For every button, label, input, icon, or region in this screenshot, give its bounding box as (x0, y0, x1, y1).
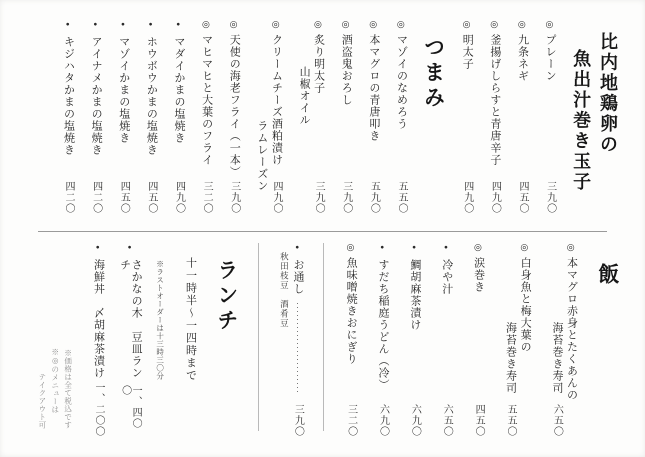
item-name-continued: ラムレーズン (255, 120, 267, 192)
menu-item: ● キジハタかまの塩焼き 四二〇 (62, 20, 74, 214)
egg-title-line2: 魚出汁巻き玉子 (571, 49, 590, 214)
item-column: ◎ 天使の海老フライ（一本） 三九〇 (228, 20, 240, 214)
bullet-marker: ● (380, 245, 384, 252)
vertical-divider-line (258, 243, 259, 431)
menu-item: ◎ 白身魚と梅大葉の 海苔巻き寿司 五五〇 (504, 243, 530, 437)
takeout-marker: ◎ (520, 243, 528, 252)
item-price: 六五〇 (551, 404, 562, 437)
item-price: 三二〇 (345, 404, 356, 437)
item-name: アイナメかまの塩焼き (90, 36, 102, 156)
top-section: 比内地鶏卵の 魚出汁巻き玉子 ◎ プレーン 三九〇 ◎ 九条ネギ 四五〇 ◎ 釜… (62, 20, 617, 214)
takeout-marker: ◎ (518, 20, 526, 29)
item-name: クリームチーズ酒粕漬け (270, 34, 282, 166)
takeout-marker: ◎ (346, 243, 354, 252)
takeout-marker: ◎ (202, 20, 210, 29)
item-column: ● キジハタかまの塩焼き 四二〇 (62, 20, 74, 214)
item-column: 山椒オイル (298, 20, 310, 260)
item-column: ◎ マゾイのなめろう 五五〇 (395, 20, 407, 214)
menu-item: ● 冷や汁 六五〇 (440, 243, 452, 437)
item-column: ● お通し 三九〇 (291, 243, 303, 437)
item-price: 四九〇 (489, 181, 500, 214)
menu-item: ● さかなの木 豆皿ランチ 一、四〇〇 (124, 243, 136, 437)
item-column: ● アイナメかまの塩焼き 四二〇 (90, 20, 102, 214)
takeout-marker: ◎ (272, 20, 280, 29)
takeout-marker: ◎ (567, 243, 575, 252)
menu-item: ◎ 魚味噌焼きおにぎり 三二〇 (345, 243, 357, 437)
item-name: 冷や汁 (440, 259, 452, 295)
takeout-marker: ◎ (369, 20, 377, 29)
menu-item: ● 海鮮丼 〆胡麻茶漬け 一、二〇〇 (92, 243, 104, 437)
item-column: ● マゾイかまの塩焼き 四五〇 (117, 20, 129, 214)
takeout-marker: ◎ (342, 20, 350, 29)
item-name: 酒盗鬼おろし (340, 34, 352, 106)
item-price: 五五〇 (395, 181, 406, 214)
menu-item: ◎ 炙り明太子 三九〇 山椒オイル (298, 20, 324, 214)
bullet-marker: ● (444, 245, 448, 252)
item-name: さかなの木 豆皿ランチ (118, 259, 141, 385)
item-price: 四九〇 (270, 181, 281, 214)
item-price: 三二〇 (201, 181, 212, 214)
item-name-continued: 海苔巻き寿司 (504, 322, 516, 394)
item-name: キジハタかまの塩焼き (62, 36, 74, 156)
item-price: 四二〇 (63, 181, 74, 214)
menu-item: ◎ 釜揚げしらすと青唐辛子 四九〇 (488, 20, 500, 214)
takeout-marker: ◎ (230, 20, 238, 29)
item-column: 海苔巻き寿司 六五〇 (550, 243, 562, 437)
item-price: 五五〇 (505, 404, 516, 437)
item-name: 天使の海老フライ（一本） (228, 34, 240, 178)
item-name: 釜揚げしらすと青唐辛子 (488, 34, 500, 166)
item-name-continued: 海苔巻き寿司 (550, 322, 562, 394)
tsumami-heading: つまみ (423, 36, 445, 214)
item-price: 三九〇 (340, 181, 351, 214)
menu-item: ◎ プレーン 三九〇 (544, 20, 556, 214)
item-column: ◎ 白身魚と梅大葉の (519, 243, 531, 437)
item-price: 四五〇 (473, 404, 484, 437)
item-name: マダイかまの塩焼き (173, 36, 185, 144)
item-column: 秋田枝豆 酒肴豆 (279, 243, 288, 437)
takeout-marker: ◎ (397, 20, 405, 29)
item-column: ● さかなの木 豆皿ランチ 一、四〇〇 (124, 243, 136, 437)
item-name: 魚味噌焼きおにぎり (345, 257, 357, 365)
item-name: 鯛胡麻茶漬け (408, 259, 420, 331)
bottom-section: 飯 ◎ 本マグロ赤身とたくあんの 海苔巻き寿司 六五〇 ◎ 白身魚と梅大葉の 海… (38, 243, 619, 437)
bullet-marker: ● (121, 22, 125, 29)
egg-section-title: 比内地鶏卵の 魚出汁巻き玉子 (571, 32, 617, 214)
item-name: 涙巻き (472, 257, 484, 293)
item-name: 白身魚と梅大葉の (519, 257, 531, 353)
bullet-marker: ● (176, 22, 180, 29)
dotted-leader (297, 303, 298, 395)
item-column: ◎ 明太子 四九〇 (461, 20, 473, 214)
item-column: ◎ 本マグロ赤身とたくあんの (565, 243, 577, 437)
item-price: 四五〇 (145, 181, 156, 214)
item-price: 五九〇 (368, 181, 379, 214)
item-column: ◎ 炙り明太子 三九〇 (312, 20, 324, 214)
menu-item: ◎ 酒盗鬼おろし 三九〇 (340, 20, 352, 214)
item-column: ◎ 涙巻き 四五〇 (472, 243, 484, 437)
bullet-marker: ● (128, 245, 132, 252)
takeout-marker: ◎ (545, 20, 553, 29)
takeout-note-line2: テイクアウト可 (38, 373, 46, 429)
section-divider-line (38, 231, 607, 232)
item-column: 海苔巻き寿司 五五〇 (504, 243, 516, 437)
item-column: ● 冷や汁 六五〇 (440, 243, 452, 437)
item-column: ● ホウボウかまの塩焼き 四五〇 (145, 20, 157, 214)
menu-item: ◎ クリームチーズ酒粕漬け 四九〇 ラムレーズン (255, 20, 281, 214)
footnotes: ※価格は全て税込です ※◎のメニューは テイクアウト可 (38, 243, 72, 437)
menu-item: ● 鯛胡麻茶漬け 六九〇 (408, 243, 420, 437)
bullet-marker: ● (96, 245, 100, 252)
menu-item: ◎ 九条ネギ 四五〇 (516, 20, 528, 214)
item-column: ◎ 本マグロの青唐叩き 五九〇 (367, 20, 379, 214)
item-column: ◎ 酒盗鬼おろし 三九〇 (340, 20, 352, 214)
egg-title-line1: 比内地鶏卵の (598, 32, 617, 214)
item-column: ● すだち稲庭うどん（冷） 六九〇 (376, 243, 388, 437)
item-price: 四五〇 (118, 181, 129, 214)
item-price: 三九〇 (544, 181, 555, 214)
takeout-note-line1: ※◎のメニューは (51, 348, 59, 414)
item-price: 四二〇 (90, 181, 101, 214)
item-price: 六五〇 (441, 404, 452, 437)
lunch-heading: ランチ (216, 259, 238, 437)
takeout-marker: ◎ (490, 20, 498, 29)
takeout-marker: ◎ (474, 243, 482, 252)
item-column: ◎ 釜揚げしらすと青唐辛子 四九〇 (488, 20, 500, 214)
item-column: ◎ 魚味噌焼きおにぎり 三二〇 (345, 243, 357, 437)
item-name: 九条ネギ (516, 34, 528, 82)
item-price: 一、四〇〇 (119, 385, 140, 438)
menu-item: ● すだち稲庭うどん（冷） 六九〇 (376, 243, 388, 437)
item-price: 三九〇 (313, 181, 324, 214)
item-column: ◎ クリームチーズ酒粕漬け 四九〇 (270, 20, 282, 214)
menu-item: ◎ 涙巻き 四五〇 (472, 243, 484, 437)
item-name: 本マグロの青唐叩き (367, 34, 379, 142)
item-name: 海鮮丼 〆胡麻茶漬け (92, 259, 104, 379)
bullet-marker: ● (66, 22, 70, 29)
tax-note: ※価格は全て税込です (64, 349, 72, 429)
menu-page: 比内地鶏卵の 魚出汁巻き玉子 ◎ プレーン 三九〇 ◎ 九条ネギ 四五〇 ◎ 釜… (0, 0, 645, 457)
item-price: 一、二〇〇 (92, 382, 103, 437)
item-price: 四九〇 (461, 181, 472, 214)
item-price: 三九〇 (292, 404, 303, 437)
bullet-marker: ● (149, 22, 153, 29)
menu-item: ● ホウボウかまの塩焼き 四五〇 (145, 20, 157, 214)
item-name-continued: 山椒オイル (298, 66, 310, 126)
otoshi-item: ● お通し 三九〇 秋田枝豆 酒肴豆 (279, 243, 302, 437)
bullet-marker: ● (295, 245, 299, 252)
item-name: お通し (291, 259, 303, 295)
bullet-marker: ● (412, 245, 416, 252)
menu-item: ● マダイかまの塩焼き 四九〇 (173, 20, 185, 214)
item-name: マヒマヒと大葉のフライ (200, 34, 212, 166)
menu-item: ◎ マヒマヒと大葉のフライ 三二〇 (200, 20, 212, 214)
meshi-heading: 飯 (597, 263, 619, 437)
lunch-hours: 十一時半～一四時まで (184, 257, 196, 437)
item-column: ◎ 九条ネギ 四五〇 (516, 20, 528, 214)
item-price: 三九〇 (228, 181, 239, 214)
bullet-marker: ● (93, 22, 97, 29)
item-column: ● マダイかまの塩焼き 四九〇 (173, 20, 185, 214)
takeout-marker: ◎ (463, 20, 471, 29)
item-price: 四九〇 (173, 181, 184, 214)
item-price: 六九〇 (409, 404, 420, 437)
item-price: 四五〇 (516, 181, 527, 214)
item-price: 六九〇 (377, 404, 388, 437)
item-column: ◎ プレーン 三九〇 (544, 20, 556, 214)
item-name: 炙り明太子 (312, 34, 324, 94)
menu-item: ● マゾイかまの塩焼き 四五〇 (117, 20, 129, 214)
item-name: 本マグロ赤身とたくあんの (565, 257, 577, 401)
menu-item: ◎ 本マグロの青唐叩き 五九〇 (367, 20, 379, 214)
menu-item: ● アイナメかまの塩焼き 四二〇 (90, 20, 102, 214)
otoshi-subnote: 秋田枝豆 酒肴豆 (279, 252, 288, 328)
item-name: すだち稲庭うどん（冷） (376, 259, 388, 391)
menu-item: ◎ マゾイのなめろう 五五〇 (395, 20, 407, 214)
item-column: ◎ マヒマヒと大葉のフライ 三二〇 (200, 20, 212, 214)
menu-item: ◎ 天使の海老フライ（一本） 三九〇 (228, 20, 240, 214)
takeout-marker: ◎ (314, 20, 322, 29)
item-name: マゾイのなめろう (395, 34, 407, 130)
item-column: ● 鯛胡麻茶漬け 六九〇 (408, 243, 420, 437)
vertical-divider-line (323, 243, 324, 431)
item-name: マゾイかまの塩焼き (117, 36, 129, 144)
item-name: プレーン (544, 34, 556, 82)
item-name: 明太子 (461, 34, 473, 70)
last-order-note: ※ラストオーダーは十三時三〇分 (156, 260, 164, 437)
item-name: ホウボウかまの塩焼き (145, 36, 157, 156)
menu-item: ◎ 本マグロ赤身とたくあんの 海苔巻き寿司 六五〇 (550, 243, 576, 437)
item-column: ● 海鮮丼 〆胡麻茶漬け 一、二〇〇 (92, 243, 104, 437)
menu-item: ◎ 明太子 四九〇 (461, 20, 473, 214)
